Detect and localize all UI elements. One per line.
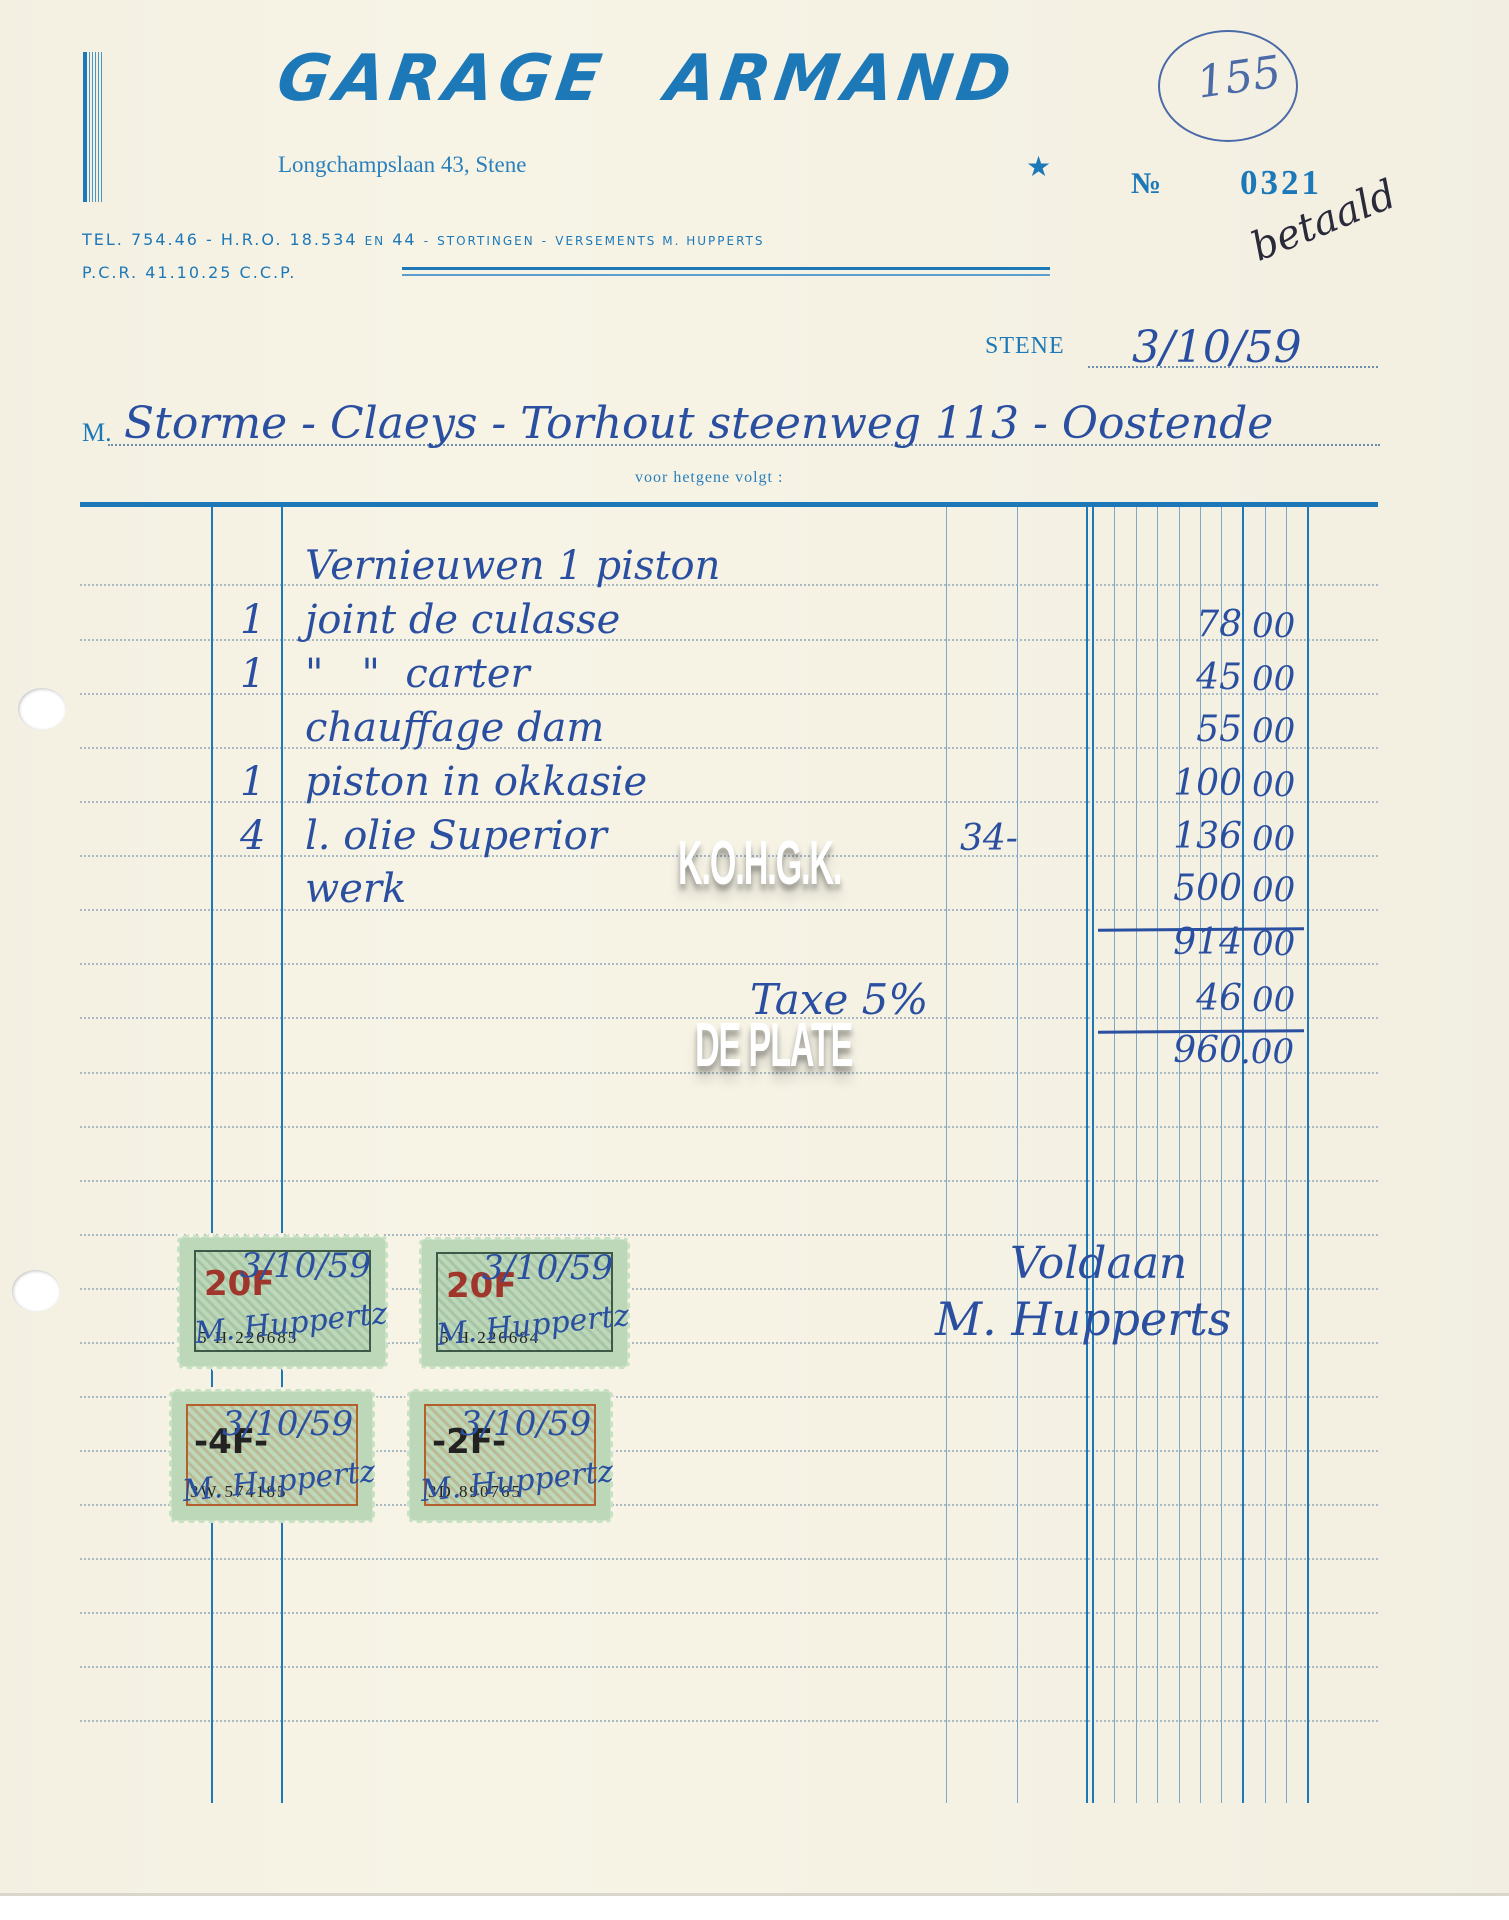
line-amount: 55 — [1122, 709, 1242, 750]
digit-line — [1286, 507, 1287, 1803]
unit-column-right-line — [1017, 507, 1018, 1803]
line-cents: 00 — [1252, 659, 1302, 699]
total-cents: .00 — [1240, 1032, 1290, 1072]
row-line — [80, 1666, 1378, 1668]
signature-name: M. Hupperts — [935, 1292, 1231, 1346]
hro-en: EN — [365, 234, 386, 248]
digit-line — [1265, 507, 1266, 1803]
fiscal-stamp: -4F- 3W 574185 3/10/59 M. Huppertz — [172, 1392, 372, 1520]
punch-hole-top — [18, 688, 66, 730]
qty-column-left-line — [211, 507, 213, 1803]
digit-line — [1136, 507, 1137, 1803]
table-top-rule — [80, 502, 1378, 507]
line-amount: 136 — [1122, 816, 1242, 857]
numero-sign-icon: № — [1131, 167, 1161, 201]
watermark-line-2: DE PLATE — [695, 1010, 852, 1081]
line-description: " " carter — [305, 651, 530, 697]
line-cents: 00 — [1252, 870, 1302, 910]
row-line — [80, 1720, 1378, 1722]
paper-edge — [0, 1893, 1509, 1896]
hro-suffix: 44 — [392, 230, 416, 249]
signature-voldaan: Voldaan — [1010, 1238, 1187, 1289]
invoice-number: 0321 — [1240, 163, 1322, 203]
fiscal-stamp: 20F 5 H 226684 3/10/59 M. Huppertz — [422, 1240, 627, 1366]
line-qty: 1 — [240, 651, 265, 697]
hro-number: H.R.O. 18.534 — [221, 230, 358, 249]
line-description: joint de culasse — [305, 597, 620, 643]
punch-hole-bottom — [12, 1270, 60, 1312]
row-line — [80, 1558, 1378, 1560]
digit-line — [1200, 507, 1201, 1803]
line-qty: 1 — [240, 759, 265, 805]
total-amount: 960 — [1122, 1030, 1242, 1071]
versements-label: VERSEMENTS M. HUPPERTS — [555, 234, 764, 248]
contact-line-1: TEL. 754.46 - H.R.O. 18.534 EN 44 - STOR… — [82, 230, 765, 249]
tax-amount: 46 — [1122, 978, 1242, 1019]
row-line — [80, 584, 1378, 586]
star-icon: ★ — [1026, 150, 1051, 184]
amount-right-line — [1307, 507, 1309, 1803]
invoice-date: 3/10/59 — [1132, 322, 1302, 373]
separator: - — [206, 230, 214, 249]
line-cents: 00 — [1252, 606, 1302, 646]
header-double-rule — [402, 267, 1050, 276]
line-description: piston in okkasie — [305, 759, 647, 805]
digit-line — [1221, 507, 1222, 1803]
unit-column-left-line — [946, 507, 947, 1803]
subtotal-amount: 914 — [1122, 922, 1242, 963]
telephone: TEL. 754.46 — [82, 230, 199, 249]
row-line — [80, 1612, 1378, 1614]
line-cents: 00 — [1252, 765, 1302, 805]
separator: - — [424, 234, 430, 248]
digit-line — [1157, 507, 1158, 1803]
row-line — [80, 963, 1378, 965]
line-amount: 78 — [1122, 604, 1242, 645]
line-qty: 4 — [240, 813, 265, 859]
recipient-subtitle: voor hetgene volgt : — [635, 469, 783, 487]
stamp-cancel-date: 3/10/59 — [222, 1404, 353, 1444]
line-unit-price: 34- — [960, 818, 1018, 859]
line-amount: 500 — [1122, 868, 1242, 909]
line-description: Vernieuwen 1 piston — [305, 543, 720, 589]
watermark-line-1: K.O.H.G.K. — [678, 828, 841, 899]
place-label: STENE — [985, 333, 1065, 360]
row-line — [80, 1126, 1378, 1128]
cents-divider-line — [1242, 507, 1244, 1803]
company-address: Longchampslaan 43, Stene — [278, 152, 526, 178]
tax-cents: 00 — [1252, 980, 1302, 1020]
fiscal-stamp: 20F 5 H 226685 3/10/59 M. Huppertz — [180, 1238, 385, 1366]
line-description: l. olie Superior — [305, 813, 607, 859]
fiscal-stamp: -2F- 3D 890765 3/10/59 M. Huppertz — [410, 1392, 610, 1520]
digit-line — [1114, 507, 1115, 1803]
line-qty: 1 — [240, 597, 265, 643]
subtotal-cents: 00 — [1252, 924, 1302, 964]
stamp-cancel-date: 3/10/59 — [482, 1248, 613, 1288]
line-amount: 45 — [1122, 657, 1242, 698]
row-line — [80, 909, 1378, 911]
recipient-name-address: Storme - Claeys - Torhout steenweg 113 -… — [124, 398, 1273, 449]
amount-double-line-b — [1092, 507, 1094, 1803]
stamp-cancel-date: 3/10/59 — [240, 1246, 371, 1286]
line-cents: 00 — [1252, 819, 1302, 859]
digit-line — [1179, 507, 1180, 1803]
letterhead-bars-decoration — [83, 52, 105, 202]
line-description: werk — [305, 866, 406, 912]
line-description: chauffage dam — [305, 705, 604, 751]
amount-double-line-a — [1086, 507, 1088, 1803]
contact-line-2: P.C.R. 41.10.25 C.C.P. — [82, 263, 296, 282]
qty-column-right-line — [281, 507, 283, 1803]
stortingen-label: STORTINGEN — [437, 234, 535, 248]
company-name: GARAGE ARMAND — [273, 42, 1021, 116]
separator: - — [542, 234, 548, 248]
row-line — [80, 1180, 1378, 1182]
line-amount: 100 — [1122, 763, 1242, 804]
stamp-cancel-date: 3/10/59 — [460, 1404, 591, 1444]
line-cents: 00 — [1252, 711, 1302, 751]
